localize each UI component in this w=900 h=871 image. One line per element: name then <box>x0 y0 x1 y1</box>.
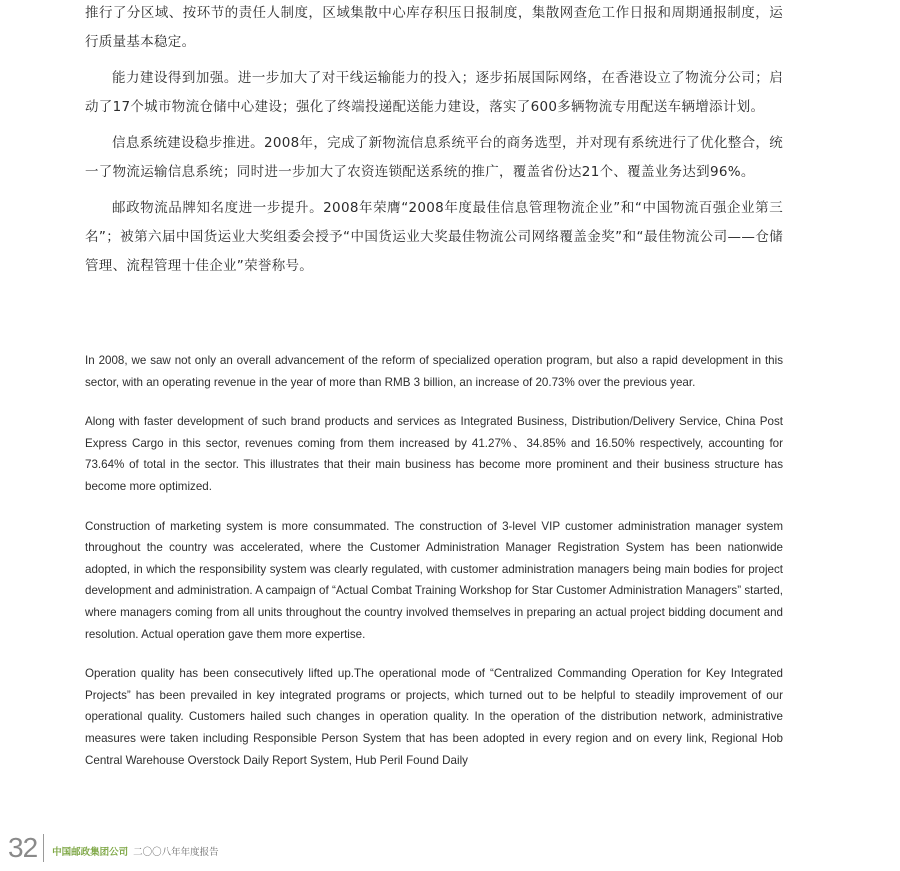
chinese-text-section: 推行了分区域、按环节的责任人制度，区域集散中心库存积压日报制度，集散网查危工作日… <box>85 0 783 281</box>
chinese-paragraph-1: 推行了分区域、按环节的责任人制度，区域集散中心库存积压日报制度，集散网查危工作日… <box>85 0 783 57</box>
english-paragraph-marketing-system: Construction of marketing system is more… <box>85 516 783 646</box>
company-name: 中国邮政集团公司 <box>52 844 128 858</box>
report-title: 二〇〇八年年度报告 <box>133 844 219 858</box>
page-footer: 32 中国邮政集团公司 二〇〇八年年度报告 <box>8 832 219 864</box>
chinese-paragraph-brand-recognition: 邮政物流品牌知名度进一步提升。2008年荣膺“2008年度最佳信息管理物流企业”… <box>85 194 783 281</box>
english-paragraph-revenue: In 2008, we saw not only an overall adva… <box>85 350 783 393</box>
chinese-paragraph-capacity-building: 能力建设得到加强。进一步加大了对干线运输能力的投入；逐步拓展国际网络，在香港设立… <box>85 64 783 122</box>
chinese-paragraph-information-system: 信息系统建设稳步推进。2008年，完成了新物流信息系统平台的商务选型，并对现有系… <box>85 129 783 187</box>
footer-divider <box>43 834 44 862</box>
page-number: 32 <box>8 833 37 863</box>
english-paragraph-brand-products: Along with faster development of such br… <box>85 411 783 497</box>
page-content: 推行了分区域、按环节的责任人制度，区域集散中心库存积压日报制度，集散网查危工作日… <box>85 0 783 288</box>
english-text-section: In 2008, we saw not only an overall adva… <box>85 350 783 789</box>
english-paragraph-operation-quality: Operation quality has been consecutively… <box>85 663 783 771</box>
